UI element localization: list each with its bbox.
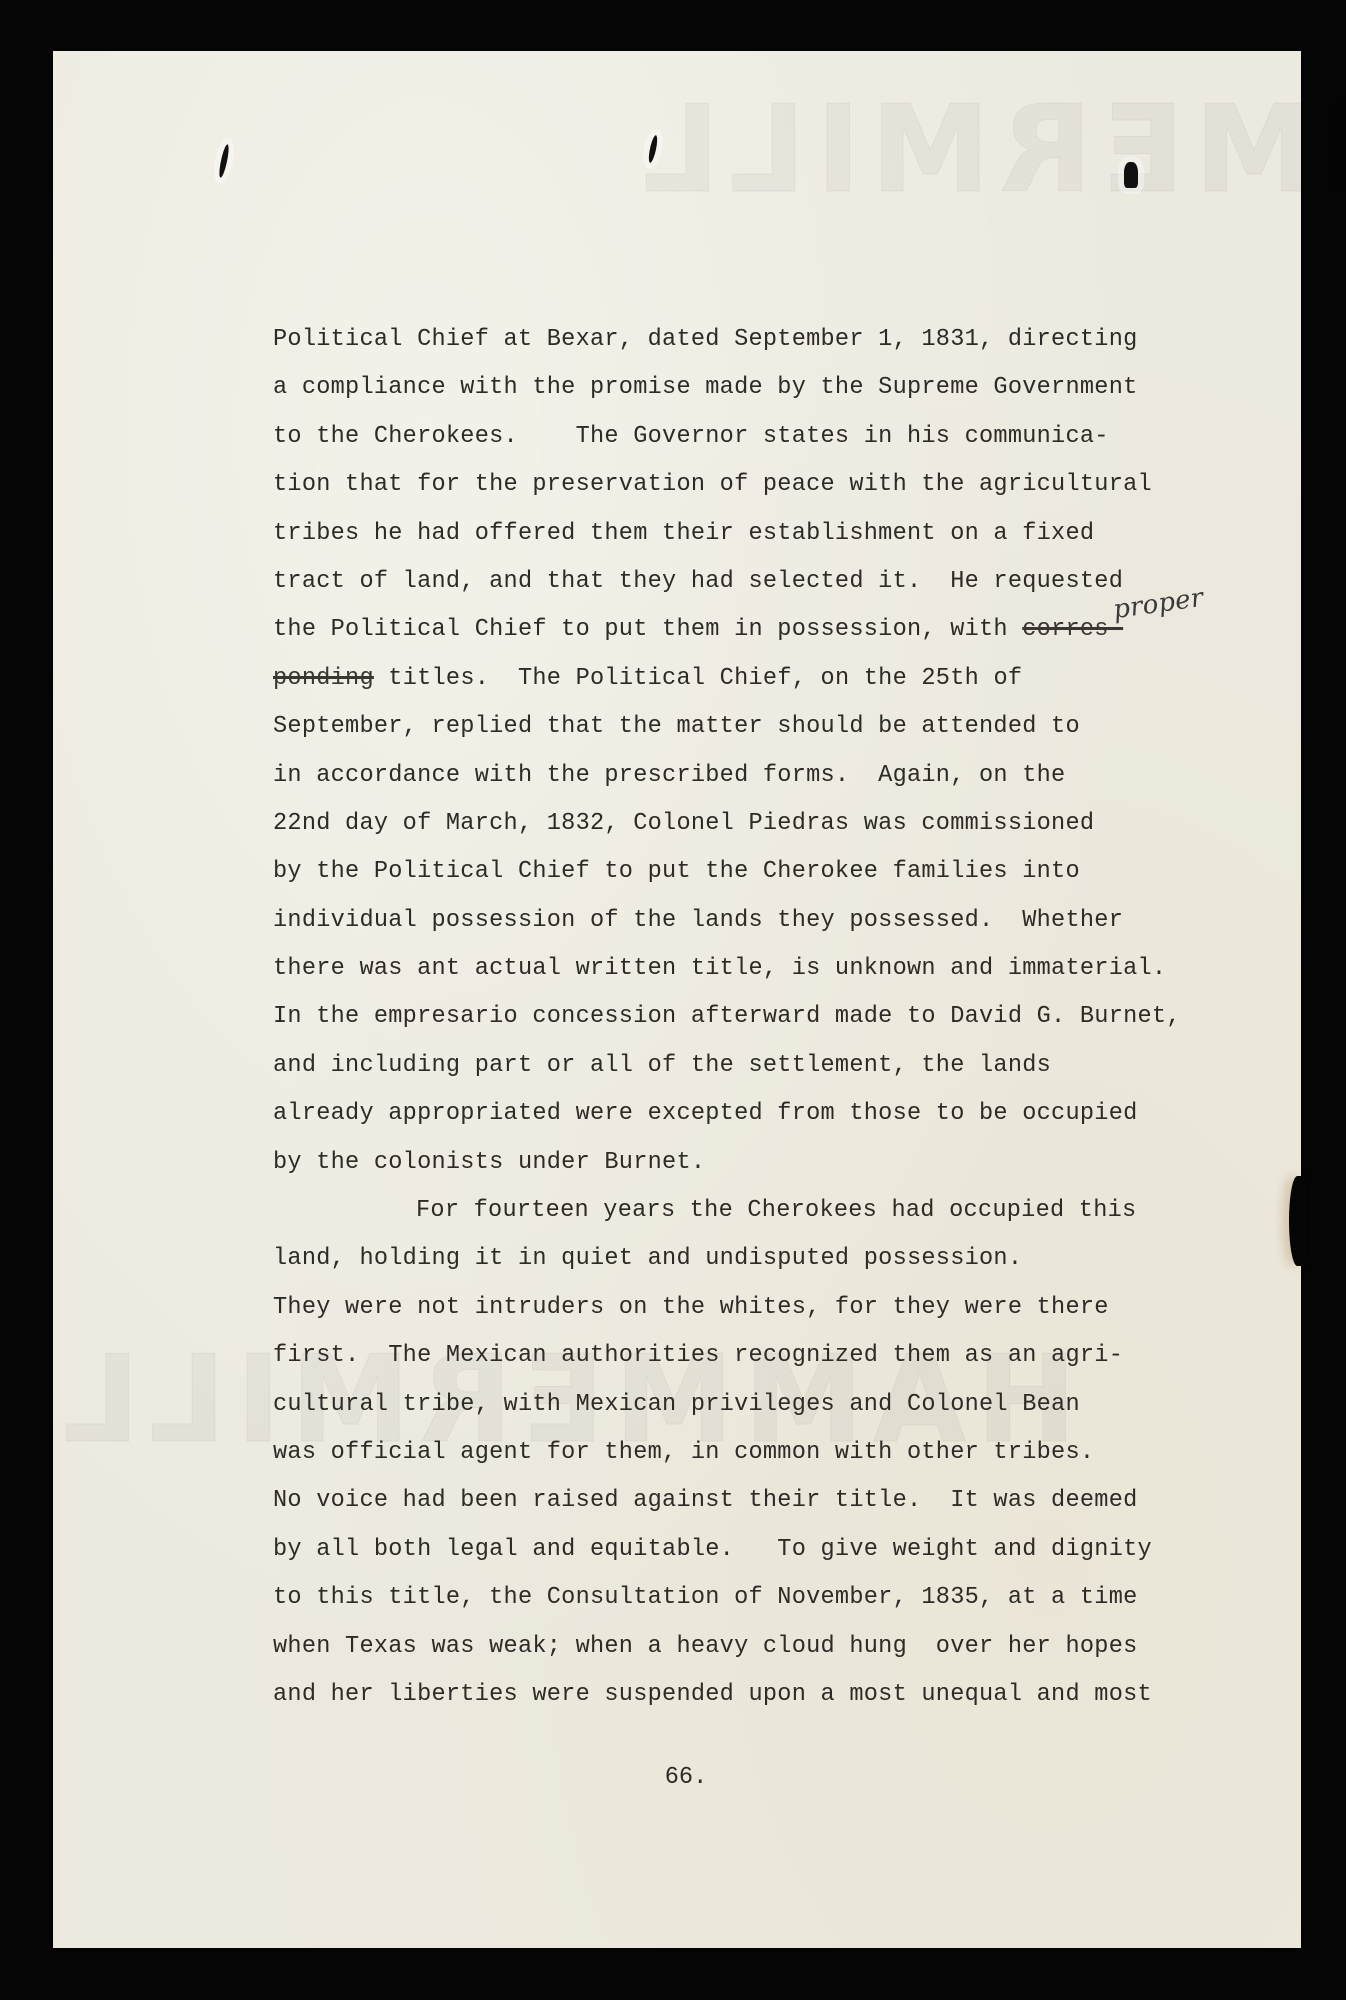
paragraph-start-line: For fourteen years the Cherokees had occ… [273,1187,1273,1235]
text-line: They were not intruders on the whites, f… [273,1284,1273,1332]
text-line: No voice had been raised against their t… [273,1477,1273,1525]
text-line: Political Chief at Bexar, dated Septembe… [273,316,1273,364]
punch-hole-right [1124,162,1138,188]
text-line: to the Cherokees. The Governor states in… [273,413,1273,461]
struck-word: corres- [1022,616,1123,643]
text-line: by the colonists under Burnet. [273,1139,1273,1187]
text-line: tribes he had offered them their establi… [273,510,1273,558]
text-line: already appropriated were excepted from … [273,1090,1273,1138]
document-page: HAMMERMILL HAMMERMILL Political Chief at… [53,51,1301,1948]
text-line: there was ant actual written title, is u… [273,945,1273,993]
text-line: a compliance with the promise made by th… [273,364,1273,412]
text-line: by all both legal and equitable. To give… [273,1526,1273,1574]
edge-tear [1289,1176,1303,1266]
text-line: and including part or all of the settlem… [273,1042,1273,1090]
text-line: individual possession of the lands they … [273,897,1273,945]
text-line: land, holding it in quiet and undisputed… [273,1235,1273,1283]
punch-hole-left [218,144,231,179]
text-line: to this title, the Consultation of Novem… [273,1574,1273,1622]
text-line: ponding titles. The Political Chief, on … [273,655,1273,703]
text-line: cultural tribe, with Mexican privileges … [273,1381,1273,1429]
text-line: by the Political Chief to put the Cherok… [273,848,1273,896]
text-line: first. The Mexican authorities recognize… [273,1332,1273,1380]
page-number: 66. [53,1764,1301,1791]
typed-text-body: Political Chief at Bexar, dated Septembe… [273,316,1273,1719]
text-line: in accordance with the prescribed forms.… [273,752,1273,800]
text-line: In the empresario concession afterward m… [273,993,1273,1041]
text-line: 22nd day of March, 1832, Colonel Piedras… [273,800,1273,848]
text-line: September, replied that the matter shoul… [273,703,1273,751]
text-segment: the Political Chief to put them in posse… [273,616,1022,643]
watermark-top: HAMMERMILL [633,81,1346,220]
text-line: the Political Chief to put them in posse… [273,606,1273,654]
text-line: was official agent for them, in common w… [273,1429,1273,1477]
text-segment: titles. The Political Chief, on the 25th… [374,665,1022,692]
struck-word: ponding [273,665,374,692]
text-line: when Texas was weak; when a heavy cloud … [273,1623,1273,1671]
text-line: tion that for the preservation of peace … [273,461,1273,509]
text-line: and her liberties were suspended upon a … [273,1671,1273,1719]
